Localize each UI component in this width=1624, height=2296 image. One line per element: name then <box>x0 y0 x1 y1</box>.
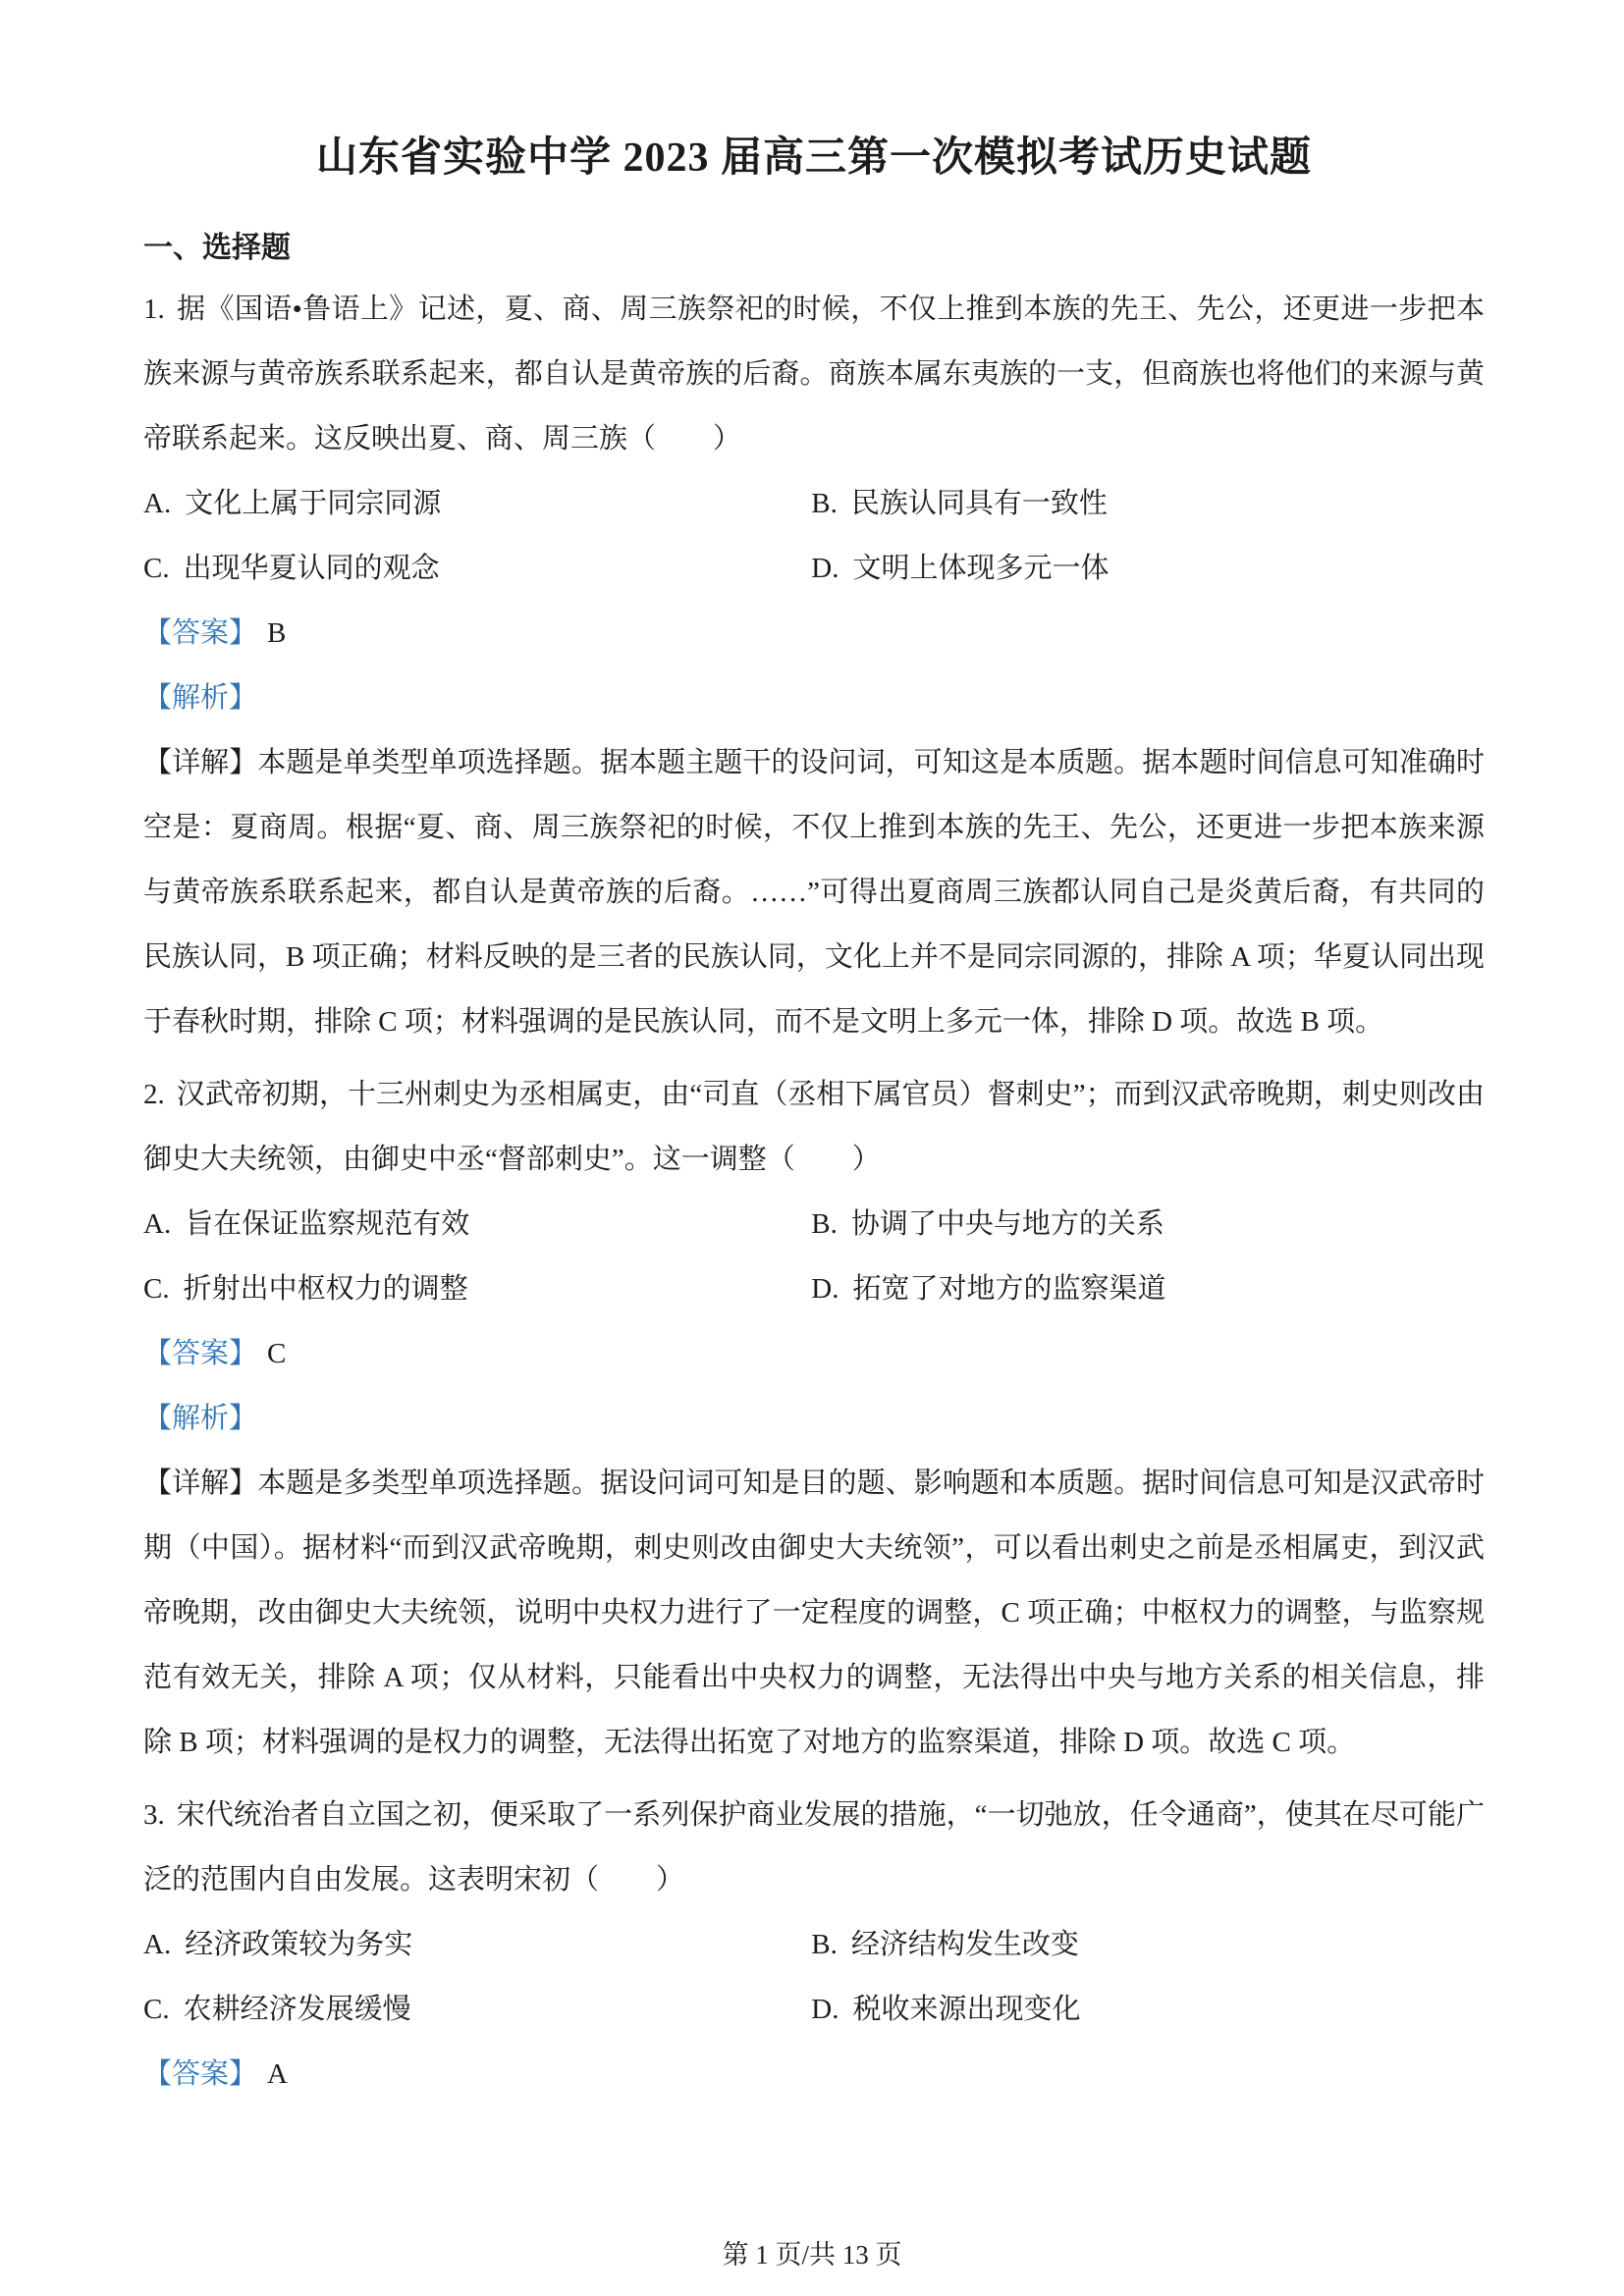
option-key: D. <box>811 553 839 584</box>
question-block-2: 2.汉武帝初期，十三州刺史为丞相属吏，由“司直（丞相下属官员）督刺史”；而到汉武… <box>143 1062 1485 1775</box>
option-key: D. <box>811 1273 839 1305</box>
option-text: 文化上属于同宗同源 <box>185 488 441 519</box>
question-stem-text: 宋代统治者自立国之初，便采取了一系列保护商业发展的措施，“一切弛放，任令通商”，… <box>143 1799 1485 1896</box>
question-stem-text: 据《国语•鲁语上》记述，夏、商、周三族祭祀的时候，不仅上推到本族的先王、先公，还… <box>143 294 1485 454</box>
option-text: 出现华夏认同的观念 <box>184 553 440 584</box>
page-title: 山东省实验中学 2023 届高三第一次模拟考试历史试题 <box>143 132 1485 185</box>
option-b: B.协调了中央与地方的关系 <box>811 1192 1485 1256</box>
options-grid: A.旨在保证监察规范有效 B.协调了中央与地方的关系 C.折射出中枢权力的调整 … <box>143 1192 1485 1321</box>
answer-label: 【答案】 <box>143 1338 257 1369</box>
detail-paragraph: 【详解】本题是单类型单项选择题。据本题主题干的设问词，可知这是本质题。据本题时间… <box>143 730 1485 1054</box>
section-heading: 一、选择题 <box>143 228 1485 269</box>
option-c: C.农耕经济发展缓慢 <box>143 1977 811 2042</box>
option-c: C.折射出中枢权力的调整 <box>143 1256 811 1321</box>
option-a: A.文化上属于同宗同源 <box>143 471 811 536</box>
option-a: A.经济政策较为务实 <box>143 1912 811 1977</box>
document-content: 山东省实验中学 2023 届高三第一次模拟考试历史试题 一、选择题 1.据《国语… <box>143 0 1485 2107</box>
option-d: D.拓宽了对地方的监察渠道 <box>811 1256 1485 1321</box>
answer-value: C <box>267 1338 286 1369</box>
answer-value: B <box>267 617 286 649</box>
option-key: C. <box>143 1994 170 2025</box>
option-text: 税收来源出现变化 <box>852 1994 1080 2025</box>
analysis-line: 【解析】 <box>143 1386 1485 1451</box>
option-key: B. <box>811 1208 838 1240</box>
answer-value: A <box>267 2058 288 2090</box>
question-number: 1. <box>143 294 165 325</box>
option-text: 拓宽了对地方的监察渠道 <box>852 1273 1165 1305</box>
option-key: D. <box>811 1994 839 2025</box>
option-b: B.民族认同具有一致性 <box>811 471 1485 536</box>
answer-line: 【答案】A <box>143 2042 1485 2107</box>
page-footer: 第 1 页/共 13 页 <box>0 2239 1624 2270</box>
option-a: A.旨在保证监察规范有效 <box>143 1192 811 1256</box>
analysis-line: 【解析】 <box>143 666 1485 730</box>
option-key: A. <box>143 488 171 519</box>
question-number: 2. <box>143 1079 165 1110</box>
answer-line: 【答案】B <box>143 601 1485 666</box>
option-key: B. <box>811 488 838 519</box>
analysis-label: 【解析】 <box>143 682 257 714</box>
option-text: 民族认同具有一致性 <box>851 488 1108 519</box>
question-block-3: 3.宋代统治者自立国之初，便采取了一系列保护商业发展的措施，“一切弛放，任令通商… <box>143 1783 1485 2107</box>
option-key: B. <box>811 1929 838 1960</box>
question-block-1: 1.据《国语•鲁语上》记述，夏、商、周三族祭祀的时候，不仅上推到本族的先王、先公… <box>143 277 1485 1054</box>
option-text: 协调了中央与地方的关系 <box>851 1208 1164 1240</box>
question-stem: 1.据《国语•鲁语上》记述，夏、商、周三族祭祀的时候，不仅上推到本族的先王、先公… <box>143 277 1485 471</box>
question-stem: 2.汉武帝初期，十三州刺史为丞相属吏，由“司直（丞相下属官员）督刺史”；而到汉武… <box>143 1062 1485 1192</box>
detail-label: 【详解】 <box>143 747 257 778</box>
option-d: D.税收来源出现变化 <box>811 1977 1485 2042</box>
detail-text: 本题是单类型单项选择题。据本题主题干的设问词，可知这是本质题。据本题时间信息可知… <box>143 747 1485 1038</box>
detail-paragraph: 【详解】本题是多类型单项选择题。据设问词可知是目的题、影响题和本质题。据时间信息… <box>143 1451 1485 1775</box>
option-c: C.出现华夏认同的观念 <box>143 536 811 601</box>
answer-label: 【答案】 <box>143 617 257 649</box>
question-stem: 3.宋代统治者自立国之初，便采取了一系列保护商业发展的措施，“一切弛放，任令通商… <box>143 1783 1485 1912</box>
question-stem-text: 汉武帝初期，十三州刺史为丞相属吏，由“司直（丞相下属官员）督刺史”；而到汉武帝晚… <box>143 1079 1485 1175</box>
option-text: 经济政策较为务实 <box>185 1929 412 1960</box>
option-b: B.经济结构发生改变 <box>811 1912 1485 1977</box>
option-d: D.文明上体现多元一体 <box>811 536 1485 601</box>
option-text: 经济结构发生改变 <box>851 1929 1079 1960</box>
document-page: 山东省实验中学 2023 届高三第一次模拟考试历史试题 一、选择题 1.据《国语… <box>0 0 1624 2296</box>
answer-label: 【答案】 <box>143 2058 257 2090</box>
option-text: 文明上体现多元一体 <box>852 553 1109 584</box>
analysis-label: 【解析】 <box>143 1403 257 1434</box>
options-grid: A.经济政策较为务实 B.经济结构发生改变 C.农耕经济发展缓慢 D.税收来源出… <box>143 1912 1485 2042</box>
option-text: 旨在保证监察规范有效 <box>185 1208 469 1240</box>
answer-line: 【答案】C <box>143 1321 1485 1386</box>
detail-text: 本题是多类型单项选择题。据设问词可知是目的题、影响题和本质题。据时间信息可知是汉… <box>143 1468 1485 1758</box>
option-key: A. <box>143 1929 171 1960</box>
option-key: C. <box>143 553 170 584</box>
detail-label: 【详解】 <box>143 1468 257 1499</box>
question-number: 3. <box>143 1799 165 1831</box>
options-grid: A.文化上属于同宗同源 B.民族认同具有一致性 C.出现华夏认同的观念 D.文明… <box>143 471 1485 601</box>
option-key: A. <box>143 1208 171 1240</box>
option-key: C. <box>143 1273 170 1305</box>
option-text: 农耕经济发展缓慢 <box>184 1994 411 2025</box>
option-text: 折射出中枢权力的调整 <box>184 1273 468 1305</box>
